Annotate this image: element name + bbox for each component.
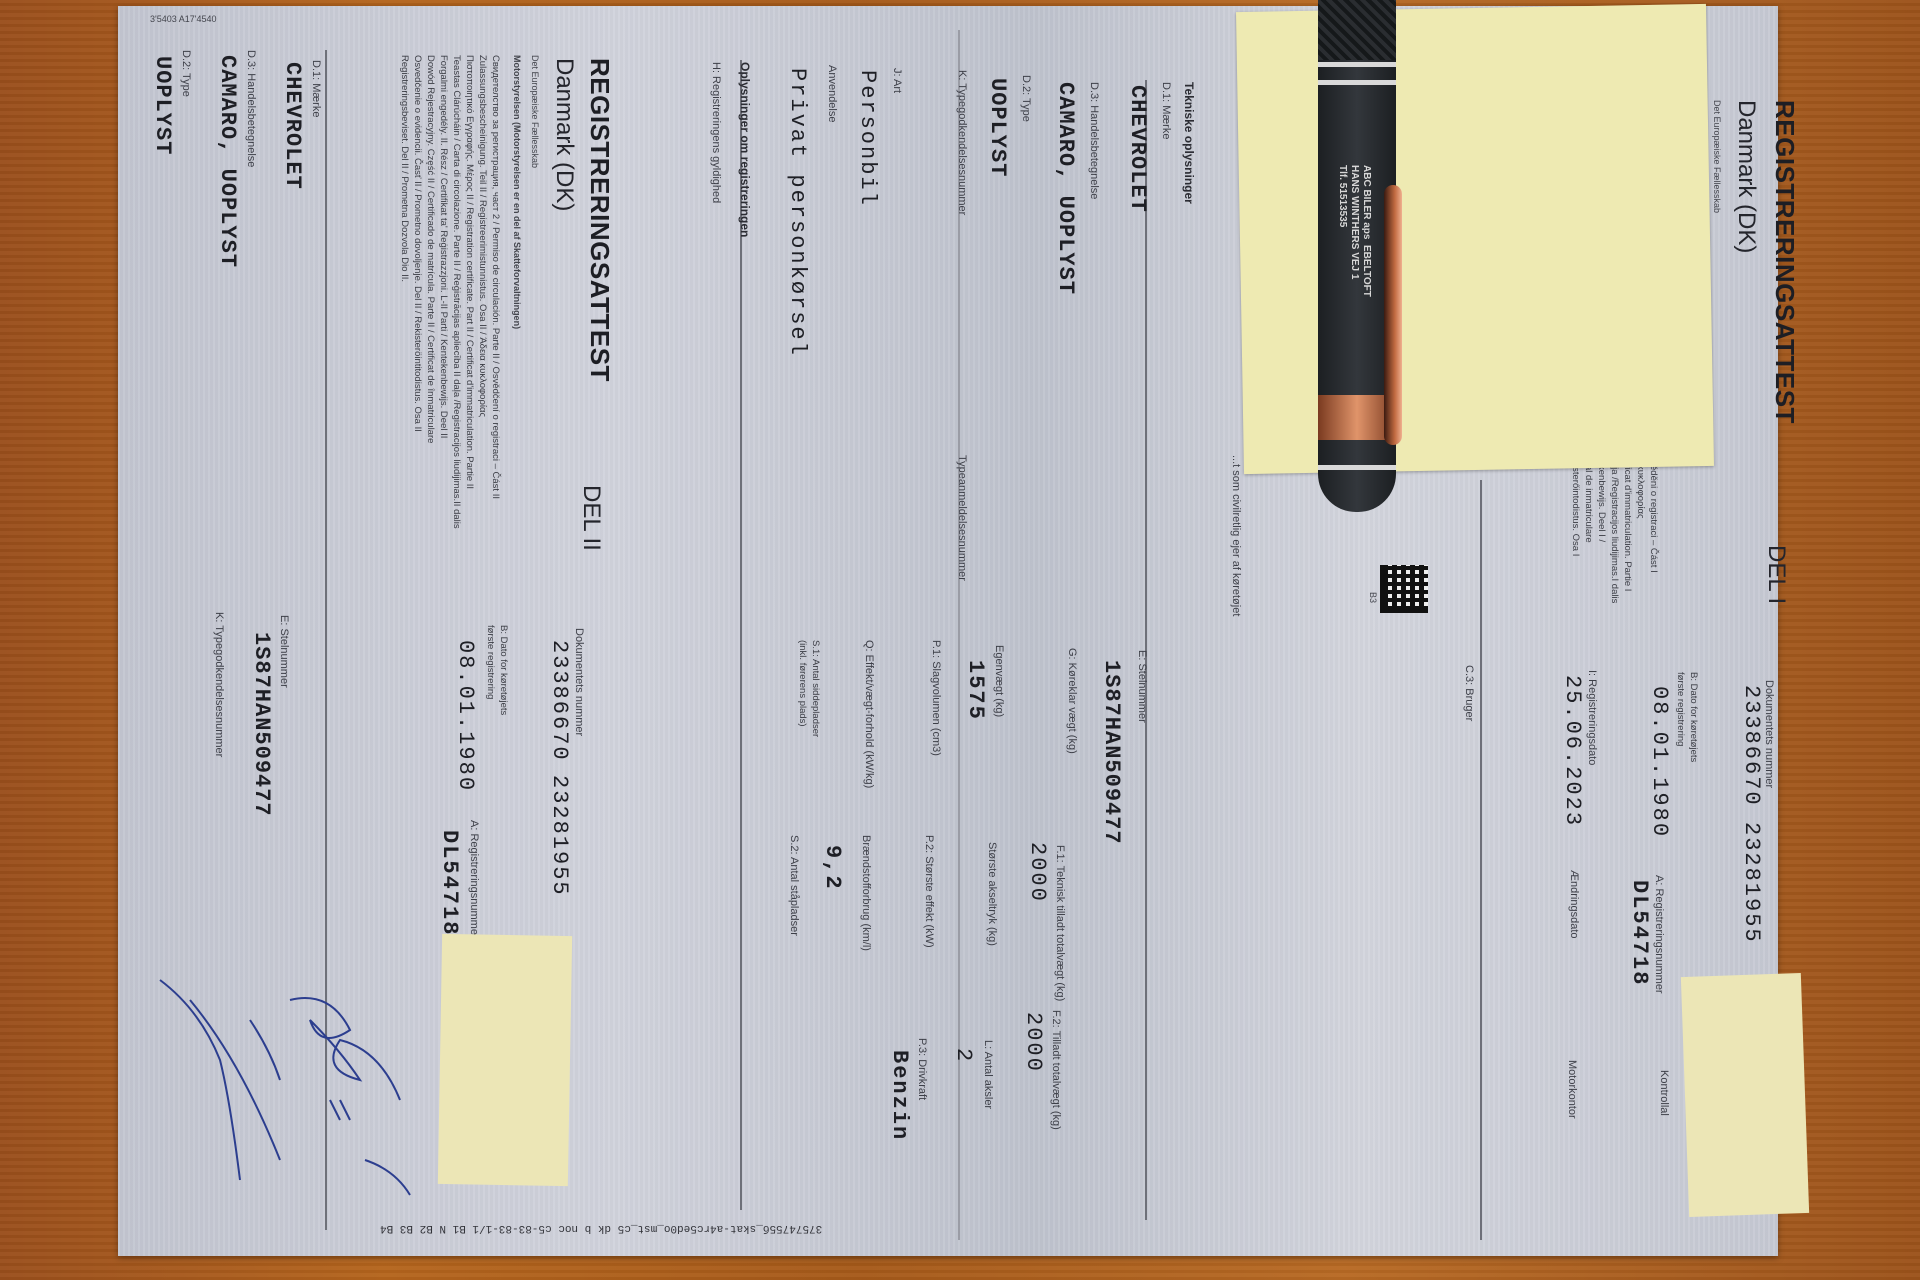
del1-regnum-label: A: Registreringsnummer: [1653, 875, 1665, 994]
del1-part: DEL I: [1762, 545, 1790, 604]
tech-fuel-value: Benzin: [887, 1050, 912, 1141]
del2-vin-value: 1S87HAN509477: [249, 632, 274, 817]
del2-regnum-label: A: Registreringsnummer: [468, 820, 480, 939]
tech-curbweight-label: G: Køreklar vægt (kg): [1066, 648, 1078, 754]
reg-info-title: Oplysninger om registreringen: [738, 62, 752, 237]
datamatrix-code: [1380, 565, 1428, 613]
del1-firstreg-label: B: Dato for køretøjets første registreri…: [1674, 672, 1700, 762]
tech-trade-label: D.3: Handelsbetegnelse: [1088, 82, 1100, 199]
tech-axles-value: 2: [951, 1048, 976, 1063]
del1-regnum-value: DL54718: [1627, 880, 1652, 986]
del1-regdate-label: I: Registreringsdato: [1586, 670, 1598, 765]
del2-typeapproval-label: K: Typegodkendelsesnummer: [213, 612, 225, 757]
del2-multilang: Свидетелство за регистрация, част 2 / Pe…: [398, 55, 502, 529]
tech-consumption-value: 9,2: [820, 845, 845, 891]
tech-fuel-label: P.3: Drivkraft: [916, 1038, 928, 1100]
tech-allowedtotal-value: 2000: [1021, 1012, 1046, 1073]
tech-make-label: D.1: Mærke: [1160, 82, 1172, 139]
del1-title: REGISTRERINGSATTEST: [1769, 100, 1800, 424]
pen-clip: [1384, 185, 1402, 445]
del2-part: DEL II: [577, 485, 605, 551]
footer-code: 37574755б_skat-a4rc5ed0o_mst_c5 dk b noc…: [380, 1222, 822, 1234]
tech-maxaxle-label: Største akseltryk (kg): [986, 842, 998, 946]
del2-regnum-value: DL54718: [437, 830, 462, 936]
del2-make-value: CHEVROLET: [280, 62, 305, 190]
del1-docnum-2: 23281955: [1739, 822, 1764, 944]
tech-vin-value: 1S87HAN509477: [1099, 660, 1124, 845]
del2-trade-value: CAMARO, UOPLYST: [215, 55, 240, 268]
del2-docnum-2: 23281955: [547, 775, 572, 897]
tech-section-title: Tekniske oplysninger: [1182, 82, 1196, 204]
del1-changedate-label: Ændringsdato: [1568, 870, 1580, 939]
del1-right-divider: [1480, 480, 1482, 1240]
del2-title: REGISTRERINGSATTEST: [584, 58, 615, 382]
tech-type-label: D.2: Type: [1020, 75, 1032, 122]
del1-eu-label: Det Europæiske Fællesskab: [1712, 100, 1722, 213]
sticky-note-large: [1236, 4, 1714, 474]
tech-powerweight-label: Q: Effekt/vægt-forhold (kW/kg): [863, 640, 875, 788]
del1-motoroffice-label: Motorkontor: [1566, 1060, 1578, 1119]
del2-type-label: D.2: Type: [180, 50, 192, 97]
del2-firstreg-label: B: Dato for køretøjets første registreri…: [484, 625, 510, 715]
del2-country: Danmark (DK): [550, 58, 578, 211]
del1-firstreg-value: 08.01.1980: [1647, 686, 1672, 838]
del2-trade-label: D.3: Handelsbetegnelse: [245, 50, 257, 167]
tech-ownweight-value: 1575: [963, 660, 988, 721]
tech-vin-label: E: Stelnummer: [1136, 650, 1148, 723]
tech-techtotal-label: F.1: Teknisk tilladt totalvægt (kg): [1054, 845, 1066, 1001]
del1-regdate-value: 25.06.2023: [1560, 675, 1585, 827]
tech-ownweight-label: Egenvægt (kg): [993, 645, 1005, 717]
tech-consumption-label: Brændstofforbrug (km/l): [860, 835, 872, 951]
del2-docnum-1: 23386670: [547, 640, 572, 762]
tech-techtotal-value: 2000: [1025, 842, 1050, 903]
del1-country: Danmark (DK): [1732, 100, 1760, 253]
del2-authority: Motorstyrelsen (Motorstyrelsen er en del…: [512, 55, 522, 329]
pen-imprint: ABC BILER aps EBELTOFT HANS WINTHERS VEJ…: [1336, 165, 1372, 297]
del1-docnum-1: 23386670: [1739, 685, 1764, 807]
tech-seats-label: S.1: Antal siddepladser (inkl. førerens …: [796, 640, 822, 737]
tech-make-value: CHEVROLET: [1125, 85, 1150, 213]
del2-firstreg-value: 08.01.1980: [453, 640, 478, 792]
pen-ring: [1318, 62, 1396, 67]
reg-validity-label: H: Registreringens gyldighed: [710, 62, 722, 203]
del1-docnum-label: Dokumentets nummer: [1763, 680, 1775, 788]
tech-typeapproval-label: K: Typegodkendelsesnummer: [956, 70, 968, 215]
tech-standing-label: S.2: Antal ståpladser: [788, 835, 800, 936]
tech-kind-label: J: Art: [891, 68, 903, 93]
tech-axles-label: L: Antal aksler: [982, 1040, 994, 1109]
tech-usage-value: Privat personkørsel: [785, 68, 810, 357]
del2-type-value: UOPLYST: [150, 56, 175, 155]
pen-ring: [1318, 80, 1396, 85]
del2-docnum-label: Dokumentets nummer: [573, 628, 585, 736]
sticky-note-torn-left: [438, 934, 572, 1186]
tech-displacement-label: P.1: Slagvolumen (cm3): [930, 640, 942, 756]
tech-usage-label: Anvendelse: [826, 65, 838, 123]
del1-multilang: ěděni o registraci – Část I κυκλοφορίας …: [1569, 465, 1660, 603]
del1-owner-note: ...t som civilretlig ejer af køretøjet: [1230, 455, 1242, 616]
del1-control-label: Kontrollal: [1658, 1070, 1670, 1116]
del2-corner-code: 3'5403 A17'4540: [150, 14, 217, 24]
sticky-note-torn-right: [1681, 973, 1809, 1217]
pen-grip: [1318, 0, 1396, 60]
del1-user-label: C.3: Bruger: [1463, 665, 1475, 721]
pen-ring: [1318, 465, 1396, 470]
del2-eu-label: Det Europæiske Fællesskab: [530, 55, 540, 168]
tech-maxpower-label: P.2: Største effekt (kW): [923, 835, 935, 948]
del2-make-label: D.1: Mærke: [310, 60, 322, 117]
handwritten-note: [150, 960, 450, 1200]
datamatrix-label: B3: [1368, 592, 1378, 603]
tech-type-value: UOPLYST: [985, 78, 1010, 177]
tech-typenotification-label: Typeanmeldelsesnummer: [956, 455, 968, 581]
tech-kind-value: Personbil: [855, 70, 880, 207]
del2-vin-label: E: Stelnummer: [278, 615, 290, 688]
tech-allowedtotal-label: F.2: Tilladt totalvægt (kg): [1050, 1010, 1062, 1130]
tech-trade-value: CAMARO, UOPLYST: [1053, 82, 1078, 295]
